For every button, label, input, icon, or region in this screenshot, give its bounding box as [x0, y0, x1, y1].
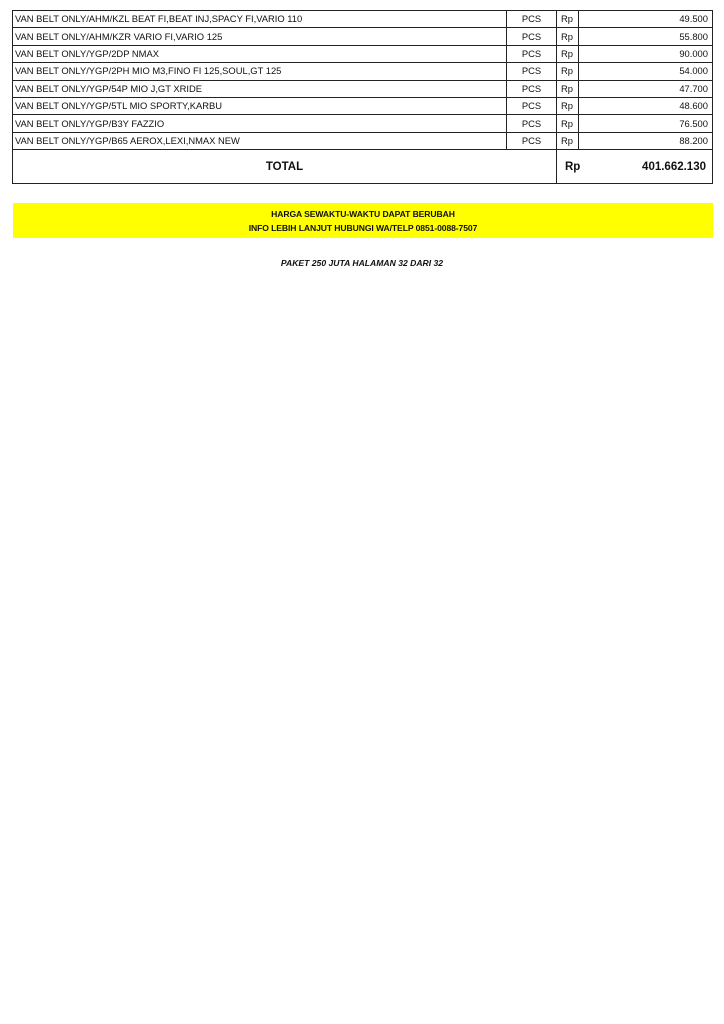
item-price: 49.500 — [579, 11, 713, 28]
item-name: VAN BELT ONLY/YGP/2PH MIO M3,FINO FI 125… — [13, 63, 507, 80]
item-name: VAN BELT ONLY/YGP/54P MIO J,GT XRIDE — [13, 80, 507, 97]
item-price: 47.700 — [579, 80, 713, 97]
table-row: VAN BELT ONLY/YGP/5TL MIO SPORTY,KARBUPC… — [13, 97, 713, 114]
item-unit: PCS — [507, 115, 557, 132]
item-unit: PCS — [507, 28, 557, 45]
table-row: VAN BELT ONLY/AHM/KZR VARIO FI,VARIO 125… — [13, 28, 713, 45]
total-row: TOTAL Rp 401.662.130 — [13, 150, 713, 184]
item-name: VAN BELT ONLY/YGP/B3Y FAZZIO — [13, 115, 507, 132]
item-price: 90.000 — [579, 45, 713, 62]
total-currency: Rp — [561, 159, 580, 175]
total-label: TOTAL — [13, 150, 557, 184]
table-row: VAN BELT ONLY/YGP/B3Y FAZZIOPCSRp76.500 — [13, 115, 713, 132]
item-currency: Rp — [557, 80, 579, 97]
table-row: VAN BELT ONLY/YGP/B65 AEROX,LEXI,NMAX NE… — [13, 132, 713, 149]
item-currency: Rp — [557, 97, 579, 114]
item-unit: PCS — [507, 97, 557, 114]
item-currency: Rp — [557, 45, 579, 62]
item-unit: PCS — [507, 132, 557, 149]
item-currency: Rp — [557, 11, 579, 28]
price-list-table: VAN BELT ONLY/AHM/KZL BEAT FI,BEAT INJ,S… — [12, 10, 713, 184]
item-currency: Rp — [557, 115, 579, 132]
item-price: 76.500 — [579, 115, 713, 132]
total-amount-cell: Rp 401.662.130 — [557, 150, 713, 184]
page-footer-note: PAKET 250 JUTA HALAMAN 32 DARI 32 — [0, 258, 724, 268]
item-unit: PCS — [507, 80, 557, 97]
item-name: VAN BELT ONLY/AHM/KZL BEAT FI,BEAT INJ,S… — [13, 11, 507, 28]
total-amount: 401.662.130 — [642, 159, 706, 175]
item-currency: Rp — [557, 28, 579, 45]
table-row: VAN BELT ONLY/YGP/54P MIO J,GT XRIDEPCSR… — [13, 80, 713, 97]
item-currency: Rp — [557, 63, 579, 80]
item-price: 55.800 — [579, 28, 713, 45]
item-price: 88.200 — [579, 132, 713, 149]
table-row: VAN BELT ONLY/AHM/KZL BEAT FI,BEAT INJ,S… — [13, 11, 713, 28]
item-name: VAN BELT ONLY/YGP/2DP NMAX — [13, 45, 507, 62]
price-notice-banner: HARGA SEWAKTU-WAKTU DAPAT BERUBAH INFO L… — [13, 203, 713, 238]
item-name: VAN BELT ONLY/AHM/KZR VARIO FI,VARIO 125 — [13, 28, 507, 45]
item-currency: Rp — [557, 132, 579, 149]
item-unit: PCS — [507, 63, 557, 80]
price-list-body: VAN BELT ONLY/AHM/KZL BEAT FI,BEAT INJ,S… — [13, 11, 713, 184]
item-unit: PCS — [507, 45, 557, 62]
table-row: VAN BELT ONLY/YGP/2DP NMAXPCSRp90.000 — [13, 45, 713, 62]
table-row: VAN BELT ONLY/YGP/2PH MIO M3,FINO FI 125… — [13, 63, 713, 80]
item-price: 48.600 — [579, 97, 713, 114]
item-unit: PCS — [507, 11, 557, 28]
item-name: VAN BELT ONLY/YGP/B65 AEROX,LEXI,NMAX NE… — [13, 132, 507, 149]
item-name: VAN BELT ONLY/YGP/5TL MIO SPORTY,KARBU — [13, 97, 507, 114]
item-price: 54.000 — [579, 63, 713, 80]
contact-info-notice: INFO LEBIH LANJUT HUBUNGI WA/TELP 0851-0… — [249, 223, 478, 233]
price-change-notice: HARGA SEWAKTU-WAKTU DAPAT BERUBAH — [271, 209, 455, 219]
